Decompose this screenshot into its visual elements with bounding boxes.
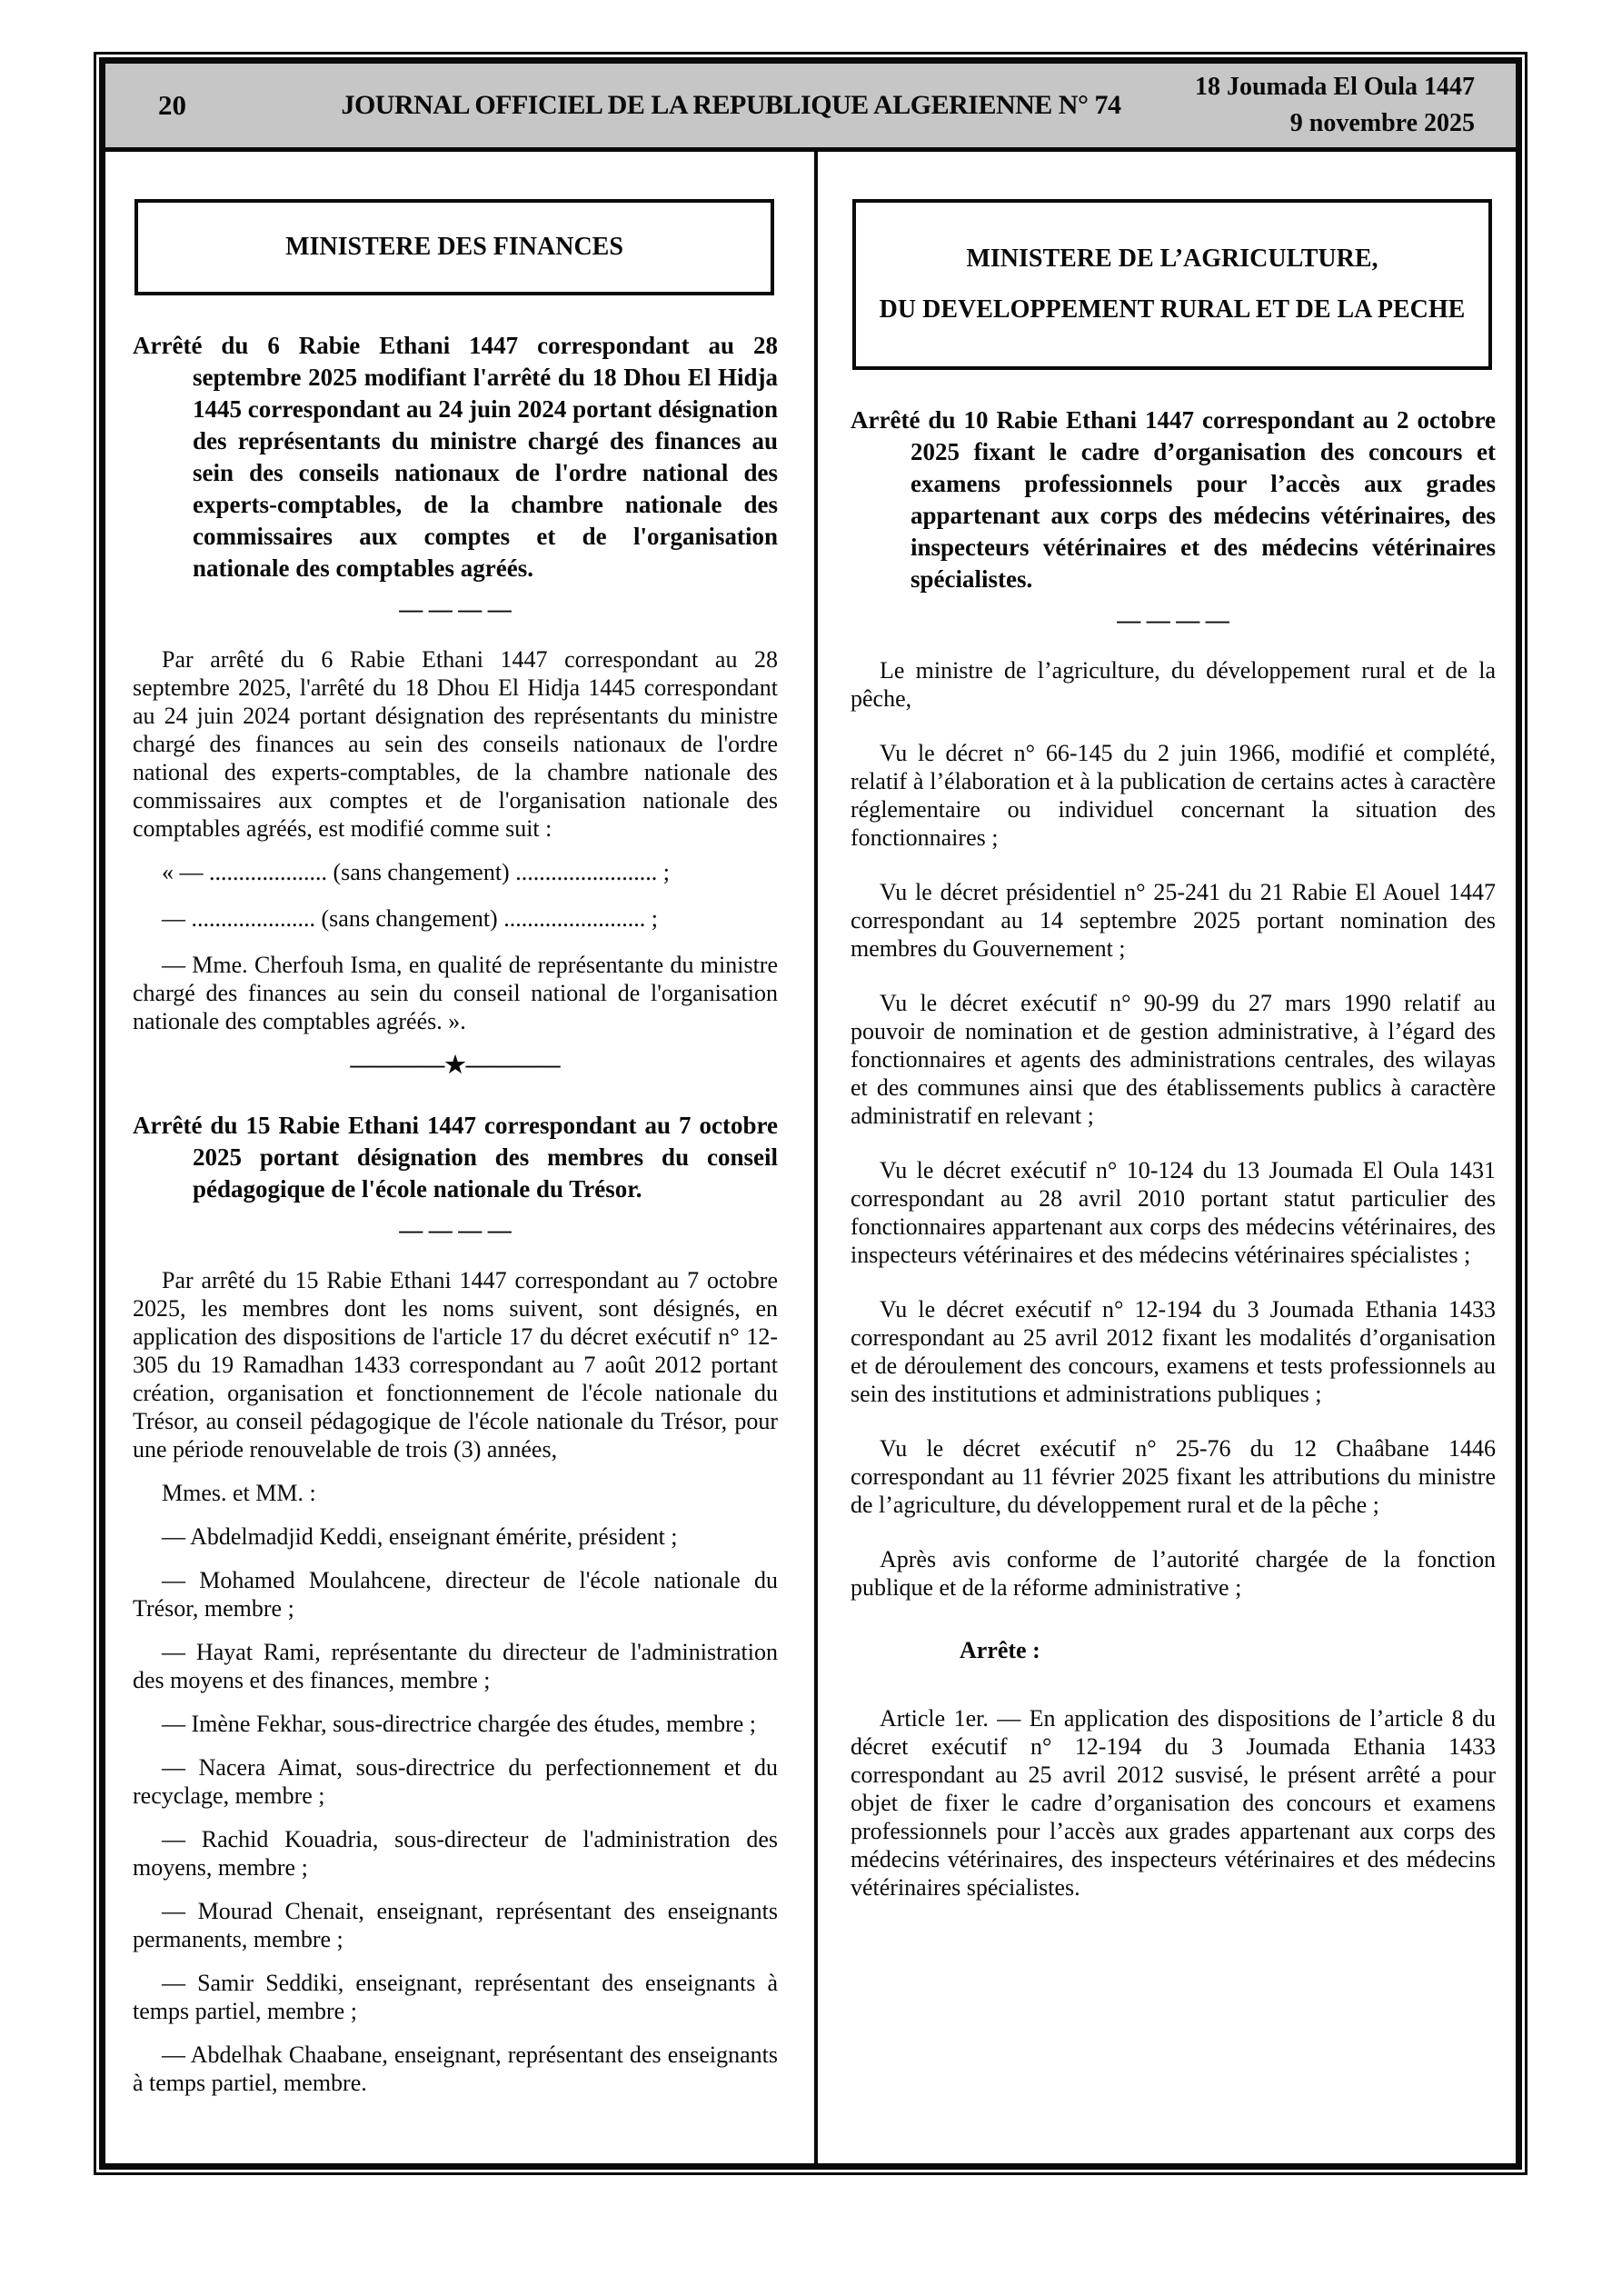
- dash-separator: — — — —: [133, 1216, 778, 1244]
- minister-paragraph: Le ministre de l’agriculture, du dévelop…: [851, 656, 1496, 713]
- member-item: — Abdelmadjid Keddi, enseignant émérite,…: [133, 1522, 778, 1551]
- member-item: — Mohamed Moulahcene, directeur de l'éco…: [133, 1566, 778, 1622]
- vu-paragraph: Vu le décret n° 66-145 du 2 juin 1966, m…: [851, 739, 1496, 852]
- content-columns: MINISTERE DES FINANCES Arrêté du 6 Rabie…: [105, 152, 1516, 2163]
- member-item: — Imène Fekhar, sous-directrice chargée …: [133, 1710, 778, 1738]
- star-separator: ————★————: [133, 1051, 778, 1079]
- date-gregorian: 9 novembre 2025: [1195, 105, 1475, 142]
- vu-paragraph: Vu le décret exécutif n° 25-76 du 12 Cha…: [851, 1434, 1496, 1519]
- cherfouh-paragraph: — Mme. Cherfouh Isma, en qualité de repr…: [133, 951, 778, 1035]
- quote-line-2: — ..................... (sans changement…: [133, 904, 778, 933]
- left-column: MINISTERE DES FINANCES Arrêté du 6 Rabie…: [105, 152, 814, 2163]
- ministry-box-finances-title: MINISTERE DES FINANCES: [285, 233, 623, 261]
- vu-paragraph: Vu le décret exécutif n° 90-99 du 27 mar…: [851, 989, 1496, 1130]
- ministry-box-agriculture: MINISTERE DE L’AGRICULTURE, DU DEVELOPPE…: [852, 199, 1492, 370]
- masthead: 20 JOURNAL OFFICIEL DE LA REPUBLIQUE ALG…: [105, 64, 1516, 147]
- member-item: — Abdelhak Chaabane, enseignant, représe…: [133, 2041, 778, 2097]
- vu-paragraph: Vu le décret exécutif n° 12-194 du 3 Jou…: [851, 1295, 1496, 1408]
- dash-separator: — — — —: [851, 606, 1496, 634]
- member-item: — Mourad Chenait, enseignant, représenta…: [133, 1897, 778, 1953]
- member-item: — Hayat Rami, représentante du directeur…: [133, 1638, 778, 1694]
- member-item: — Nacera Aimat, sous-directrice du perfe…: [133, 1753, 778, 1810]
- vu-paragraph: Vu le décret exécutif n° 10-124 du 13 Jo…: [851, 1156, 1496, 1269]
- mmes-mm-label: Mmes. et MM. :: [133, 1479, 778, 1507]
- masthead-dates: 18 Joumada El Oula 1447 9 novembre 2025: [1195, 69, 1475, 142]
- dash-separator: — — — —: [133, 595, 778, 624]
- article-1-paragraph: Article 1er. — En application des dispos…: [851, 1704, 1496, 1902]
- decree-headline-2: Arrêté du 15 Rabie Ethani 1447 correspon…: [133, 1110, 778, 1205]
- right-column: MINISTERE DE L’AGRICULTURE, DU DEVELOPPE…: [814, 152, 1516, 2163]
- arrete-label: Arrête :: [851, 1636, 1496, 1664]
- decree-headline-1: Arrêté du 6 Rabie Ethani 1447 correspond…: [133, 330, 778, 584]
- member-item: — Rachid Kouadria, sous-directeur de l'a…: [133, 1825, 778, 1882]
- decree-intro-paragraph: Par arrêté du 6 Rabie Ethani 1447 corres…: [133, 645, 778, 843]
- date-hijri: 18 Joumada El Oula 1447: [1195, 69, 1475, 105]
- member-item: — Samir Seddiki, enseignant, représentan…: [133, 1969, 778, 2025]
- decree-headline-3: Arrêté du 10 Rabie Ethani 1447 correspon…: [851, 404, 1496, 595]
- avis-paragraph: Après avis conforme de l’autorité chargé…: [851, 1545, 1496, 1602]
- tresor-paragraph: Par arrêté du 15 Rabie Ethani 1447 corre…: [133, 1266, 778, 1463]
- ministry-box-agriculture-line1: MINISTERE DE L’AGRICULTURE,: [863, 234, 1481, 285]
- page-frame: 20 JOURNAL OFFICIEL DE LA REPUBLIQUE ALG…: [99, 57, 1522, 2170]
- vu-paragraph: Vu le décret présidentiel n° 25-241 du 2…: [851, 878, 1496, 963]
- ministry-box-finances: MINISTERE DES FINANCES: [134, 199, 774, 295]
- ministry-box-agriculture-line2: DU DEVELOPPEMENT RURAL ET DE LA PECHE: [863, 285, 1481, 335]
- quote-line-1: « — .................... (sans changemen…: [133, 858, 778, 886]
- page-number: 20: [158, 89, 267, 122]
- page-border: 20 JOURNAL OFFICIEL DE LA REPUBLIQUE ALG…: [94, 52, 1527, 2175]
- journal-title: JOURNAL OFFICIEL DE LA REPUBLIQUE ALGERI…: [267, 90, 1195, 121]
